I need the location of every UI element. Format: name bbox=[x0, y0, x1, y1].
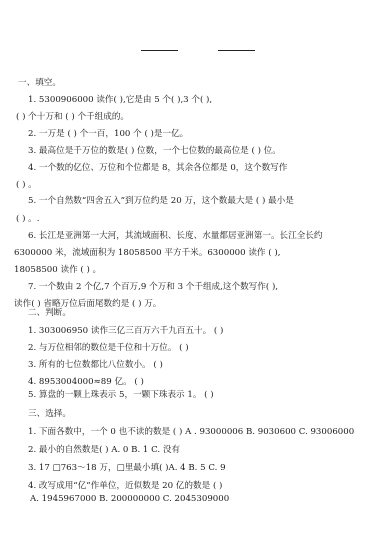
section-heading-judge: 二、判断。 bbox=[28, 308, 71, 319]
question-5-line-2: ( ) 。. bbox=[16, 214, 40, 225]
judge-item-2: 2. 与万位相邻的数位是千位和十万位。 ( ) bbox=[28, 343, 189, 354]
title-blank-1[interactable] bbox=[141, 50, 178, 51]
question-6-line-1: 6. 长江是亚洲第一大河，其流域面积、长度、水量都居亚洲第一。长江全长约 bbox=[28, 231, 323, 242]
question-7-line-1: 7. 一个数由 2 个亿,7 个百万,9 个万和 3 个千组成,这个数写作( )… bbox=[28, 282, 278, 293]
judge-item-1: 1. 303006950 读作三亿三百万六千九百五十。 ( ) bbox=[28, 326, 223, 337]
question-4-line-2: ( ) 。 bbox=[16, 180, 37, 191]
question-5-line-1: 5. 一个自然数“四舍五入”到万位约是 20 万，这个数最大是 ( ) 最小是 bbox=[28, 196, 294, 207]
section-heading-choice: 三、选择。 bbox=[28, 409, 71, 420]
section-heading-fill-in: 一、填空。 bbox=[18, 78, 61, 89]
choice-question-3: 3. 17 □763～18 万，□里最小填( )A. 4 B. 5 C. 9 bbox=[28, 463, 226, 474]
choice-question-4-options: A. 1945967000 B. 200000000 C. 2045309000 bbox=[30, 494, 229, 505]
judge-item-3: 3. 所有的七位数都比八位数小。 ( ) bbox=[28, 360, 163, 371]
choice-question-1: 1. 下面各数中，一个 0 也不读的数是 ( ) A . 93000006 B.… bbox=[28, 427, 354, 438]
question-3: 3. 最高位是千万位的数是( ) 位数，一个七位数的最高位是 ( ) 位。 bbox=[28, 146, 281, 157]
question-1-line-2: ( ) 个十万和 ( ) 个千组成的。 bbox=[16, 112, 129, 123]
question-6-line-2: 6300000 米，流域面积为 18058500 平方千米。6300000 读作… bbox=[14, 248, 280, 259]
judge-item-4: 4. 8953004000≈89 亿。 ( ) bbox=[28, 377, 144, 388]
question-4-line-1: 4. 一个数的亿位、万位和个位都是 8，其余各位都是 0，这个数写作 bbox=[28, 163, 287, 174]
title-blank-2[interactable] bbox=[218, 50, 255, 51]
choice-question-4: 4. 改写成用“亿”作单位，近似数是 20 亿的数是 ( ) bbox=[28, 481, 222, 492]
question-6-line-3: 18058500 读作 ( ) 。 bbox=[14, 265, 101, 276]
question-2: 2. 一万是 ( ) 个一百，100 个 ( )是一亿。 bbox=[28, 129, 188, 140]
judge-item-5-visible: 5. 算盘的一颗上珠表示 5，一颗下珠表示 1。 ( ) bbox=[28, 390, 214, 401]
question-1-line-1: 1. 5300906000 读作( ),它是由 5 个( ),3 个( ), bbox=[28, 95, 212, 106]
choice-question-2: 2. 最小的自然数是( ) A. 0 B. 1 C. 没有 bbox=[28, 445, 180, 456]
